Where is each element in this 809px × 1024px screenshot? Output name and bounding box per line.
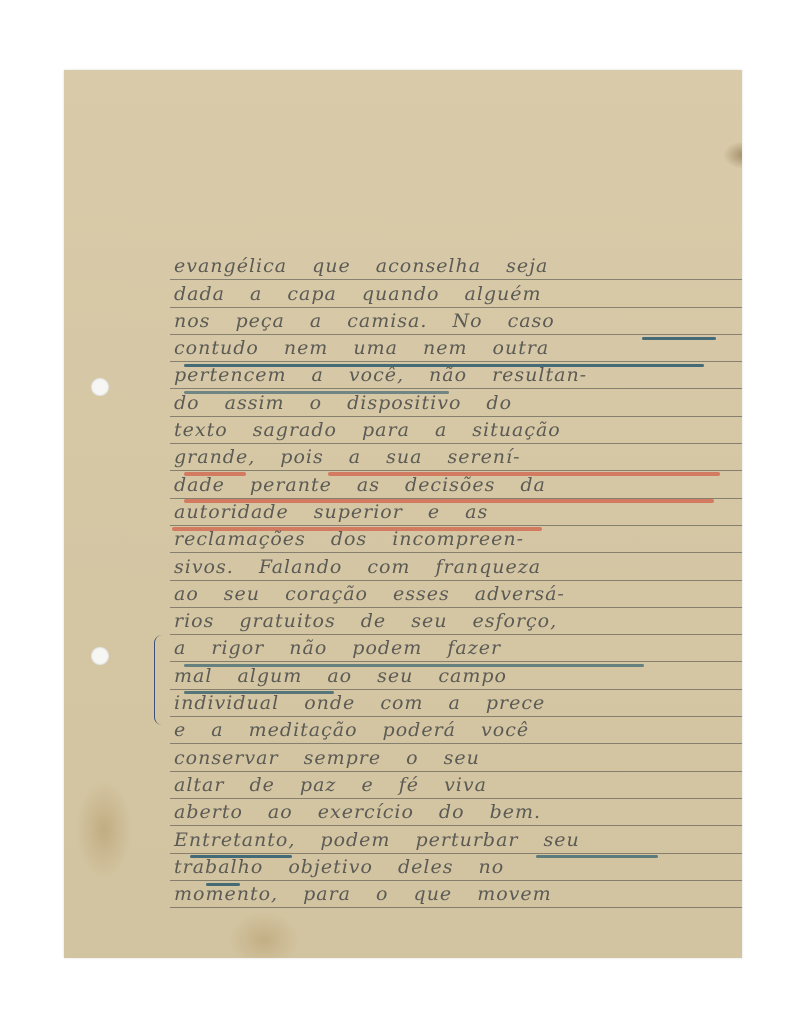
line-text: mal algum ao seu campo [174,665,738,687]
punch-hole-bottom [91,647,109,665]
text-line: reclamações dos incompreen- [170,526,742,553]
punch-hole-top [91,378,109,396]
text-line: rios gratuitos de seu esforço, [170,608,742,635]
line-text: evangélica que aconselha seja [174,255,738,277]
text-line: contudo nem uma nem outra [170,335,742,362]
text-line: momento, para o que movem [170,881,742,908]
text-line: autoridade superior e as [170,499,742,526]
text-line: texto sagrado para a situação [170,417,742,444]
text-line: grande, pois a sua serení- [170,444,742,471]
line-text: Entretanto, podem perturbar seu [174,829,738,851]
text-line: aberto ao exercício do bem. [170,799,742,826]
line-text: ao seu coração esses adversá- [174,583,738,605]
line-text: pertencem a você, não resultan- [174,364,738,386]
line-text: conservar sempre o seu [174,747,738,769]
handwritten-text-block: evangélica que aconselha seja dada a cap… [170,253,742,908]
line-text: momento, para o que movem [174,883,738,905]
text-line: ao seu coração esses adversá- [170,581,742,608]
line-text: reclamações dos incompreen- [174,528,738,550]
text-line: altar de paz e fé viva [170,772,742,799]
manuscript-page: evangélica que aconselha seja dada a cap… [64,70,742,958]
line-text: a rigor não podem fazer [174,637,738,659]
text-line: pertencem a você, não resultan- [170,362,742,389]
text-line: e a meditação poderá você [170,717,742,744]
line-text: trabalho objetivo deles no [174,856,738,878]
text-line: evangélica que aconselha seja [170,253,742,280]
line-text: sivos. Falando com franqueza [174,556,738,578]
line-text: dada a capa quando alguém [174,283,738,305]
line-text: dade perante as decisões da [174,474,738,496]
text-line: trabalho objetivo deles no [170,854,742,881]
text-line: dade perante as decisões da [170,471,742,498]
line-text: e a meditação poderá você [174,719,738,741]
text-line: mal algum ao seu campo [170,662,742,689]
line-text: altar de paz e fé viva [174,774,738,796]
line-text: individual onde com a prece [174,692,738,714]
text-line: individual onde com a prece [170,690,742,717]
line-text: do assim o dispositivo do [174,392,738,414]
text-line: do assim o dispositivo do [170,389,742,416]
text-line: Entretanto, podem perturbar seu [170,826,742,853]
line-text: texto sagrado para a situação [174,419,738,441]
text-line: nos peça a camisa. No caso [170,308,742,335]
line-text: grande, pois a sua serení- [174,446,738,468]
line-text: nos peça a camisa. No caso [174,310,738,332]
line-text: rios gratuitos de seu esforço, [174,610,738,632]
text-line: dada a capa quando alguém [170,280,742,307]
line-text: contudo nem uma nem outra [174,337,738,359]
line-text: autoridade superior e as [174,501,738,523]
text-line: conservar sempre o seu [170,744,742,771]
text-line: sivos. Falando com franqueza [170,553,742,580]
margin-bracket-mark [154,635,165,725]
text-line: a rigor não podem fazer [170,635,742,662]
line-text: aberto ao exercício do bem. [174,801,738,823]
